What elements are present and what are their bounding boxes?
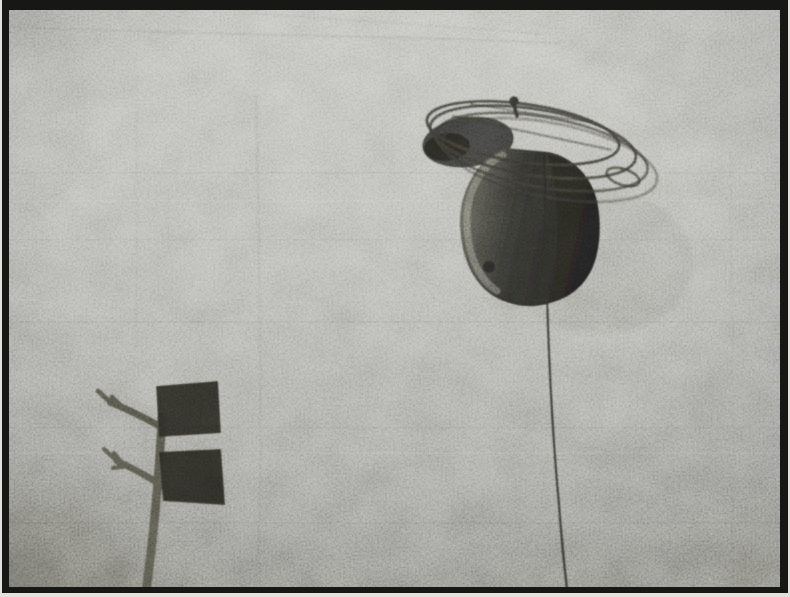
grain-fine xyxy=(9,10,780,587)
film-grain xyxy=(9,10,780,587)
photograph xyxy=(0,0,790,597)
